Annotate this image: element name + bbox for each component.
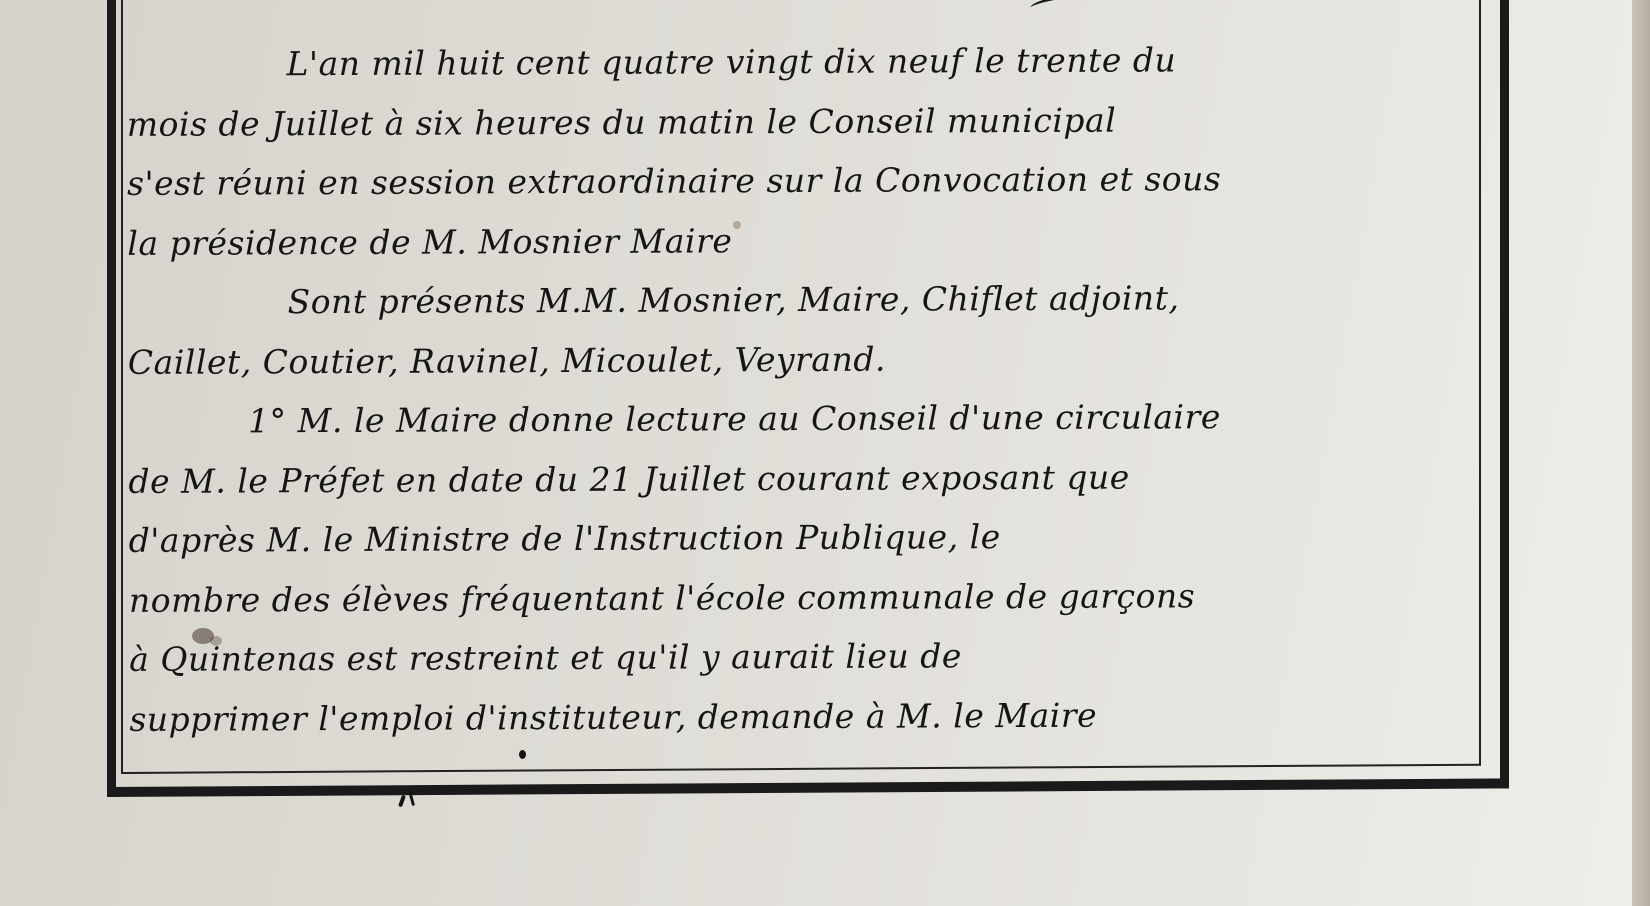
- ink-stain-small: [210, 636, 222, 646]
- text-line-3: s'est réuni en session extraordinaire su…: [127, 148, 1467, 213]
- text-line-10: nombre des élèves fréquentant l'école co…: [129, 565, 1469, 630]
- ink-dot: [519, 750, 526, 759]
- text-line-12: supprimer l'emploi d'instituteur, demand…: [129, 684, 1469, 749]
- document-page: L'an mil huit cent quatre vingt dix neuf…: [0, 0, 1650, 906]
- page-edge: [1632, 0, 1650, 906]
- paper-spot: [733, 221, 741, 229]
- handwritten-text: L'an mil huit cent quatre vingt dix neuf…: [126, 29, 1469, 749]
- text-line-5: Sont présents M.M. Mosnier, Maire, Chifl…: [127, 267, 1467, 332]
- text-line-4: la présidence de M. Mosnier Maire: [127, 208, 1467, 273]
- text-line-9: d'après M. le Ministre de l'Instruction …: [129, 505, 1469, 570]
- text-line-11: à Quintenas est restreint et qu'il y aur…: [129, 624, 1469, 689]
- ink-mark: [398, 795, 406, 808]
- text-line-1: L'an mil huit cent quatre vingt dix neuf…: [126, 29, 1466, 94]
- text-line-7: 1° M. le Maire donne lecture au Conseil …: [128, 386, 1468, 451]
- text-line-8: de M. le Préfet en date du 21 Juillet co…: [128, 446, 1468, 511]
- text-line-2: mois de Juillet à six heures du matin le…: [127, 89, 1467, 154]
- text-line-6: Caillet, Coutier, Ravinel, Micoulet, Vey…: [128, 327, 1468, 392]
